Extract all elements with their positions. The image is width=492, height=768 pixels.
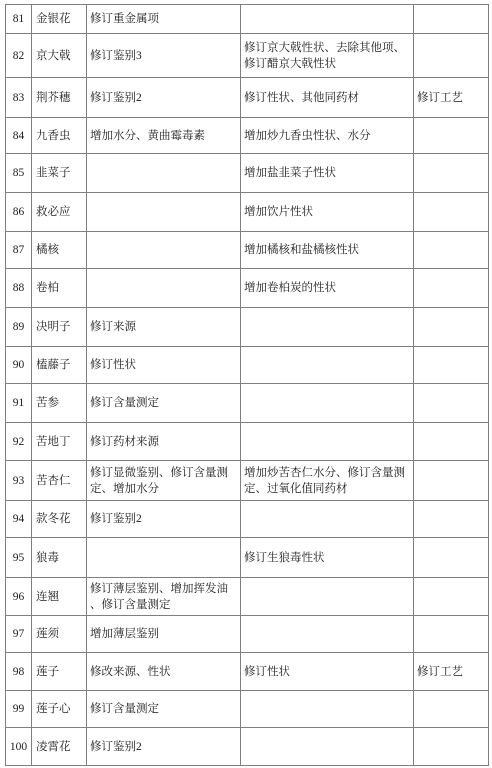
- table-row: 90榼藤子修订性状: [6, 347, 489, 384]
- standard-revision-cell: 修订薄层鉴别、增加挥发油、修订含量测定: [87, 578, 241, 616]
- table-row: 82京大戟修订鉴别3修订京大戟性状、去除其他项、修订醋京大戟性状: [6, 34, 489, 78]
- pieces-revision-cell: 修订京大戟性状、去除其他项、修订醋京大戟性状: [241, 34, 414, 78]
- process-revision-cell: [414, 538, 489, 578]
- table-row: 93苦杏仁修订显微鉴别、修订含量测定、增加水分增加炒苦杏仁水分、修订含量测定、过…: [6, 461, 489, 501]
- medicine-name-cell: 苦参: [32, 384, 87, 423]
- medicine-name-cell: 苦地丁: [32, 423, 87, 461]
- medicine-name-cell: 九香虫: [32, 118, 87, 154]
- table-row: 89决明子修订来源: [6, 308, 489, 347]
- standard-revision-cell: 修改来源、性状: [87, 653, 241, 691]
- standard-revision-cell: 增加水分、黄曲霉毒素: [87, 118, 241, 154]
- table-row: 91苦参修订含量测定: [6, 384, 489, 423]
- standard-revision-cell: 修订药材来源: [87, 423, 241, 461]
- pieces-revision-cell: 修订性状: [241, 653, 414, 691]
- standard-revision-cell: 修订鉴别2: [87, 501, 241, 538]
- medicine-name-cell: 救必应: [32, 193, 87, 232]
- process-revision-cell: [414, 616, 489, 653]
- process-revision-cell: [414, 232, 489, 269]
- row-number-cell: 96: [6, 578, 32, 616]
- row-number-cell: 82: [6, 34, 32, 78]
- medicine-name-cell: 榼藤子: [32, 347, 87, 384]
- standard-revision-cell: 修订含量测定: [87, 384, 241, 423]
- process-revision-cell: [414, 423, 489, 461]
- process-revision-cell: [414, 118, 489, 154]
- medicine-name-cell: 莲子心: [32, 691, 87, 728]
- table-row: 86救必应增加饮片性状: [6, 193, 489, 232]
- pieces-revision-cell: [241, 5, 414, 34]
- table-row: 95狼毒修订生狼毒性状: [6, 538, 489, 578]
- medicine-name-cell: 莲子: [32, 653, 87, 691]
- pieces-revision-cell: [241, 423, 414, 461]
- process-revision-cell: [414, 691, 489, 728]
- row-number-cell: 92: [6, 423, 32, 461]
- pieces-revision-cell: 增加炒九香虫性状、水分: [241, 118, 414, 154]
- standard-revision-cell: 修订鉴别2: [87, 78, 241, 118]
- row-number-cell: 84: [6, 118, 32, 154]
- table-row: 96连翘修订薄层鉴别、增加挥发油、修订含量测定: [6, 578, 489, 616]
- table-row: 84九香虫增加水分、黄曲霉毒素增加炒九香虫性状、水分: [6, 118, 489, 154]
- pieces-revision-cell: 增加盐韭菜子性状: [241, 154, 414, 193]
- medicine-name-cell: 狼毒: [32, 538, 87, 578]
- revision-table: 81金银花修订重金属项82京大戟修订鉴别3修订京大戟性状、去除其他项、修订醋京大…: [5, 4, 489, 766]
- medicine-name-cell: 苦杏仁: [32, 461, 87, 501]
- table-row: 88卷柏增加卷柏炭的性状: [6, 269, 489, 308]
- standard-revision-cell: 修订显微鉴别、修订含量测定、增加水分: [87, 461, 241, 501]
- row-number-cell: 89: [6, 308, 32, 347]
- process-revision-cell: [414, 5, 489, 34]
- row-number-cell: 100: [6, 728, 32, 766]
- pieces-revision-cell: 增加饮片性状: [241, 193, 414, 232]
- row-number-cell: 90: [6, 347, 32, 384]
- table-row: 85韭菜子增加盐韭菜子性状: [6, 154, 489, 193]
- table-body: 81金银花修订重金属项82京大戟修订鉴别3修订京大戟性状、去除其他项、修订醋京大…: [6, 5, 489, 766]
- table-row: 94款冬花修订鉴别2: [6, 501, 489, 538]
- medicine-name-cell: 连翘: [32, 578, 87, 616]
- pieces-revision-cell: [241, 308, 414, 347]
- standard-revision-cell: 修订鉴别3: [87, 34, 241, 78]
- process-revision-cell: [414, 347, 489, 384]
- standard-revision-cell: 修订来源: [87, 308, 241, 347]
- process-revision-cell: 修订工艺: [414, 78, 489, 118]
- medicine-name-cell: 决明子: [32, 308, 87, 347]
- standard-revision-cell: [87, 269, 241, 308]
- row-number-cell: 99: [6, 691, 32, 728]
- row-number-cell: 88: [6, 269, 32, 308]
- pieces-revision-cell: [241, 501, 414, 538]
- process-revision-cell: [414, 34, 489, 78]
- pieces-revision-cell: 增加卷柏炭的性状: [241, 269, 414, 308]
- row-number-cell: 83: [6, 78, 32, 118]
- row-number-cell: 95: [6, 538, 32, 578]
- table-row: 100凌霄花修订鉴别2: [6, 728, 489, 766]
- table-row: 98莲子修改来源、性状修订性状修订工艺: [6, 653, 489, 691]
- medicine-name-cell: 卷柏: [32, 269, 87, 308]
- process-revision-cell: 修订工艺: [414, 653, 489, 691]
- medicine-name-cell: 莲须: [32, 616, 87, 653]
- table-row: 83荆芥穗修订鉴别2修订性状、其他同药材修订工艺: [6, 78, 489, 118]
- process-revision-cell: [414, 269, 489, 308]
- pieces-revision-cell: [241, 728, 414, 766]
- standard-revision-cell: 修订性状: [87, 347, 241, 384]
- pieces-revision-cell: [241, 616, 414, 653]
- medicine-name-cell: 韭菜子: [32, 154, 87, 193]
- standard-revision-cell: [87, 193, 241, 232]
- pieces-revision-cell: [241, 347, 414, 384]
- medicine-name-cell: 款冬花: [32, 501, 87, 538]
- process-revision-cell: [414, 501, 489, 538]
- process-revision-cell: [414, 728, 489, 766]
- row-number-cell: 97: [6, 616, 32, 653]
- row-number-cell: 85: [6, 154, 32, 193]
- standard-revision-cell: [87, 538, 241, 578]
- pieces-revision-cell: [241, 578, 414, 616]
- pieces-revision-cell: 修订生狼毒性状: [241, 538, 414, 578]
- row-number-cell: 93: [6, 461, 32, 501]
- medicine-name-cell: 凌霄花: [32, 728, 87, 766]
- table-row: 97莲须增加薄层鉴别: [6, 616, 489, 653]
- standard-revision-cell: [87, 154, 241, 193]
- row-number-cell: 87: [6, 232, 32, 269]
- pieces-revision-cell: [241, 384, 414, 423]
- process-revision-cell: [414, 154, 489, 193]
- row-number-cell: 98: [6, 653, 32, 691]
- process-revision-cell: [414, 384, 489, 423]
- pieces-revision-cell: [241, 691, 414, 728]
- process-revision-cell: [414, 193, 489, 232]
- medicine-name-cell: 荆芥穗: [32, 78, 87, 118]
- row-number-cell: 86: [6, 193, 32, 232]
- medicine-name-cell: 京大戟: [32, 34, 87, 78]
- pieces-revision-cell: 增加橘核和盐橘核性状: [241, 232, 414, 269]
- standard-revision-cell: 修订重金属项: [87, 5, 241, 34]
- standard-revision-cell: 修订含量测定: [87, 691, 241, 728]
- table-row: 92苦地丁修订药材来源: [6, 423, 489, 461]
- row-number-cell: 91: [6, 384, 32, 423]
- standard-revision-cell: 增加薄层鉴别: [87, 616, 241, 653]
- standard-revision-cell: 修订鉴别2: [87, 728, 241, 766]
- table-row: 99莲子心修订含量测定: [6, 691, 489, 728]
- row-number-cell: 94: [6, 501, 32, 538]
- table-row: 87橘核增加橘核和盐橘核性状: [6, 232, 489, 269]
- row-number-cell: 81: [6, 5, 32, 34]
- process-revision-cell: [414, 461, 489, 501]
- pieces-revision-cell: 修订性状、其他同药材: [241, 78, 414, 118]
- medicine-name-cell: 橘核: [32, 232, 87, 269]
- pieces-revision-cell: 增加炒苦杏仁水分、修订含量测定、过氧化值同药材: [241, 461, 414, 501]
- process-revision-cell: [414, 308, 489, 347]
- table-row: 81金银花修订重金属项: [6, 5, 489, 34]
- standard-revision-cell: [87, 232, 241, 269]
- medicine-name-cell: 金银花: [32, 5, 87, 34]
- document-page: 81金银花修订重金属项82京大戟修订鉴别3修订京大戟性状、去除其他项、修订醋京大…: [0, 0, 492, 768]
- process-revision-cell: [414, 578, 489, 616]
